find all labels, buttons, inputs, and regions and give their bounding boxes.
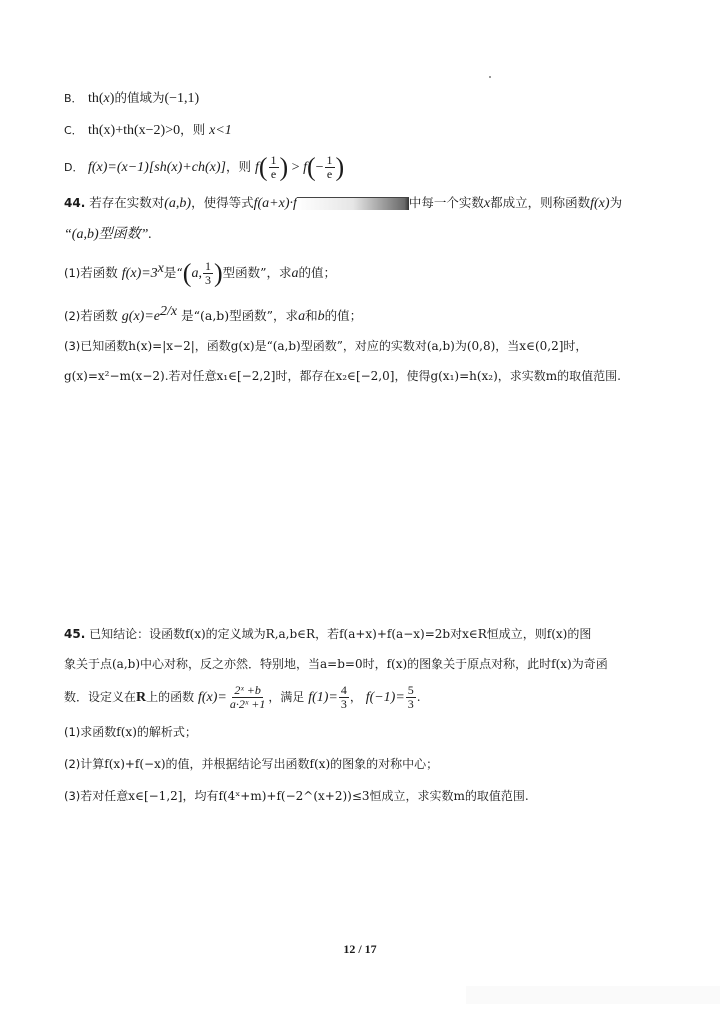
question-number: 45. (64, 627, 85, 641)
math-expression: f(x)=(x−1)[sh(x)+ch(x)] (88, 160, 226, 175)
math-expression: g(x)=e (122, 309, 160, 324)
math-expression: th(x)+th(x−2)>0 (88, 123, 180, 138)
subquestion-label: (1) (64, 266, 80, 280)
fraction-denominator: a·2ˣ +1 (228, 698, 267, 711)
stem-text: 若函数 (80, 265, 118, 280)
math-expression: f(a+x)·f (254, 196, 297, 211)
stem-text: 若对任意x∈[−1,2]，均有f(4ˣ+m)+f(−2^(x+2))≤3恒成立，… (80, 789, 528, 803)
math-expression: f(x)=3 (122, 266, 158, 281)
fraction-denominator: 3 (406, 698, 416, 711)
faint-watermark (466, 986, 720, 1004)
fraction-denominator: 3 (339, 698, 349, 711)
q45-stem-line1: 45. 已知结论：设函数f(x)的定义域为R,a,b∈R，若f(a+x)+f(a… (64, 624, 591, 644)
option-label: D． (64, 158, 84, 178)
scan-speck (489, 76, 491, 78)
option-label: B． (64, 89, 84, 109)
stem-text: 计算f(x)+f(−x)的值，并根据结论写出函数f(x)的图象的对称中心； (80, 757, 438, 771)
q45-stem-line2: 象关于点(a,b)中心对称，反之亦然．特别地，当a=b=0时，f(x)的图象关于… (64, 654, 608, 674)
q45-sub2: (2)计算f(x)+f(−x)的值，并根据结论写出函数f(x)的图象的对称中心； (64, 754, 438, 774)
stem-text: 若函数 (80, 308, 118, 323)
stem-text: 象关于点(a,b)中心对称，反之亦然．特别地，当a=b=0时，f(x)的图象关于… (64, 657, 608, 671)
question-number: 44. (64, 196, 85, 210)
fraction-numerator: 5 (406, 684, 416, 698)
subquestion-label: (1) (64, 725, 80, 739)
stem-text: 是“(a,b)型函数”，求 (181, 308, 298, 323)
stem-text: g(x)=x²−m(x−2).若对任意x₁∈[−2,2]时，都存在x₂∈[−2,… (64, 369, 621, 383)
stem-text: 的值； (299, 265, 337, 280)
q45-sub1: (1)求函数f(x)的解析式； (64, 722, 197, 742)
stem-text: ，满足 (268, 690, 304, 704)
math-expression: f(x) (590, 196, 609, 211)
q44-sub3-line1: (3)已知函数h(x)=|x−2|，函数g(x)是“(a,b)型函数”，对应的实… (64, 336, 587, 356)
stem-text: 都成立，则称函数 (490, 195, 590, 210)
stem-text: 若存在实数对 (89, 195, 164, 210)
stem-text: 中每一个实数 (409, 195, 484, 210)
math-var: a (298, 309, 305, 324)
option-d: D． f(x)=(x−1)[sh(x)+ch(x)]，则 f(1e) > f(−… (64, 154, 344, 181)
option-text: 的值域为 (114, 90, 164, 105)
stem-text: 数．设定义在 (64, 690, 136, 704)
fraction-1-over-3: 13 (203, 260, 213, 287)
option-text: ，则 (180, 122, 205, 137)
q44-stem-line2: “(a,b)型函数”. (64, 224, 152, 245)
math-reals: R (136, 690, 146, 705)
stem-text: 为 (610, 195, 623, 210)
subquestion-label: (2) (64, 757, 80, 771)
q44-stem-line1: 44. 若存在实数对(a,b)，使得等式f(a+x)·f中每一个实数x都成立，则… (64, 193, 622, 214)
q44-sub3-line2: g(x)=x²−m(x−2).若对任意x₁∈[−2,2]时，都存在x₂∈[−2,… (64, 366, 621, 386)
option-c: C． th(x)+th(x−2)>0，则 x<1 (64, 120, 232, 141)
stem-text: 已知结论：设函数f(x)的定义域为R,a,b∈R，若f(a+x)+f(a−x)=… (89, 627, 591, 641)
stem-text: 求函数f(x)的解析式； (80, 725, 197, 739)
stem-text: 型函数”，求 (223, 265, 292, 280)
math-expression: f(x)= (198, 690, 227, 705)
fraction-5-over-3: 53 (406, 684, 416, 711)
math-interval: (−1,1) (164, 91, 199, 106)
stem-text: 和 (305, 308, 318, 323)
fraction-1-over-e: 1e (325, 154, 335, 181)
stem-text: ，使得等式 (191, 195, 254, 210)
fraction-1-over-e: 1e (269, 154, 279, 181)
math-expression: f(−1)= (366, 690, 405, 705)
stem-text: 已知函数h(x)=|x−2|，函数g(x)是“(a,b)型函数”，对应的实数对(… (80, 339, 587, 353)
math-pair: (a,b) (164, 196, 191, 211)
function-fraction: 2ˣ +ba·2ˣ +1 (228, 684, 267, 711)
q45-sub3: (3)若对任意x∈[−1,2]，均有f(4ˣ+m)+f(−2^(x+2))≤3恒… (64, 786, 529, 806)
math-expression: f(1)= (308, 690, 338, 705)
subquestion-label: (3) (64, 789, 80, 803)
option-label: C． (64, 121, 84, 141)
stem-text: 的值； (325, 308, 363, 323)
definition-text: “(a,b)型函数”. (64, 227, 152, 242)
q45-stem-line3: 数．设定义在R上的函数 f(x)=2ˣ +ba·2ˣ +1，满足 f(1)=43… (64, 684, 421, 711)
fraction-numerator: 2ˣ +b (232, 684, 262, 698)
subquestion-label: (2) (64, 309, 80, 323)
stem-text: 上的函数 (146, 690, 194, 704)
math-var: b (318, 309, 325, 324)
math-condition: x<1 (209, 123, 232, 138)
fraction-numerator: 4 (339, 684, 349, 698)
q44-sub1: (1)若函数 f(x)=3x是“(a,13)型函数”，求a的值； (64, 259, 336, 287)
option-b: B． th(x)的值域为(−1,1) (64, 88, 199, 109)
fraction-4-over-3: 43 (339, 684, 349, 711)
math-th: th (88, 91, 99, 106)
page-number: 12 / 17 (0, 942, 720, 957)
math-exponent: 2/x (160, 304, 177, 319)
stem-text: 是“ (164, 265, 183, 280)
redacted-region (297, 197, 409, 210)
subquestion-label: (3) (64, 339, 80, 353)
option-text: ，则 (226, 159, 251, 174)
math-var: a (292, 266, 299, 281)
q44-sub2: (2)若函数 g(x)=e2/x 是“(a,b)型函数”，求a和b的值； (64, 302, 362, 327)
